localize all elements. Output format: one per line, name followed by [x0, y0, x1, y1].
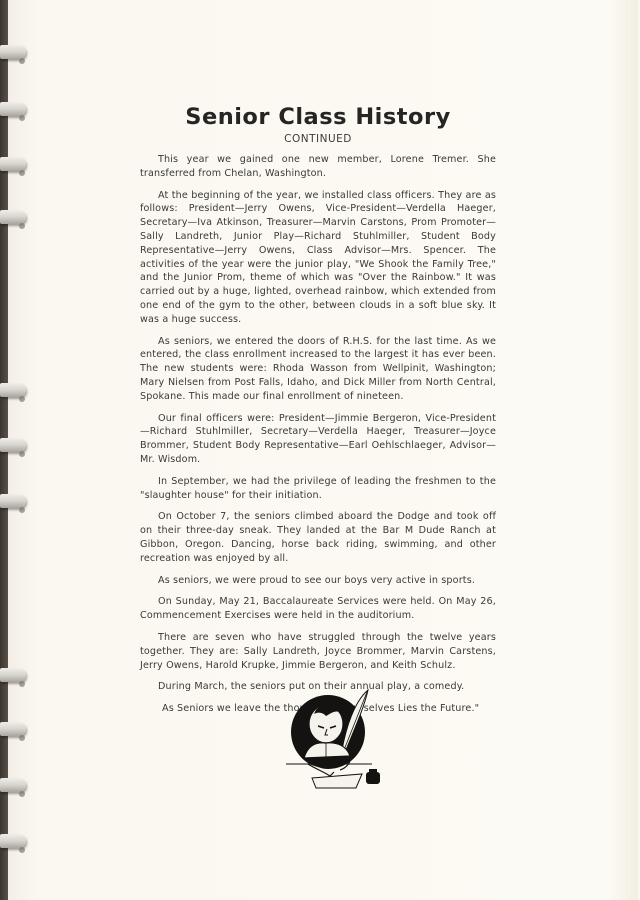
paragraph: In September, we had the privilege of le… — [140, 475, 496, 503]
binding-ring — [0, 102, 26, 116]
binding-ring — [0, 494, 26, 508]
paragraph: On October 7, the seniors climbed aboard… — [140, 510, 496, 565]
binding-ring — [0, 778, 26, 792]
paragraph: On Sunday, May 21, Baccalaureate Service… — [140, 595, 496, 623]
paragraph: There are seven who have struggled throu… — [140, 631, 496, 672]
student-writing-with-quill-icon — [268, 688, 388, 798]
binding-ring — [0, 668, 26, 682]
paragraph: This year we gained one new member, Lore… — [140, 153, 496, 181]
binding-ring — [0, 210, 26, 224]
binding-ring — [0, 722, 26, 736]
paragraph: At the beginning of the year, we install… — [140, 189, 496, 327]
paragraph: As seniors, we entered the doors of R.H.… — [140, 335, 496, 404]
binding-ring — [0, 834, 26, 848]
article: Senior Class History CONTINUED This year… — [140, 100, 496, 724]
binding-ring — [0, 157, 26, 171]
binding-ring — [0, 45, 26, 59]
page-title: Senior Class History — [140, 104, 496, 130]
paragraph: Our final officers were: President—Jimmi… — [140, 412, 496, 467]
binding-ring — [0, 438, 26, 452]
paragraph: As seniors, we were proud to see our boy… — [140, 574, 496, 588]
page-subtitle: CONTINUED — [140, 133, 496, 145]
binding-ring — [0, 383, 26, 397]
